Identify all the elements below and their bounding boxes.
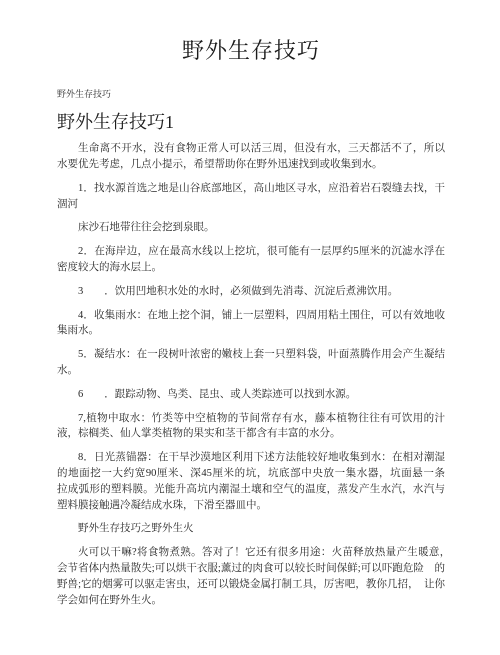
fire-paragraph: 火可以干嘛?将食物煮熟。答对了！它还有很多用途：火苗释放热量产生暖意， 会节省体… [57,545,445,608]
fire-subheading: 野外生存技巧之野外生火 [57,521,445,537]
document-title: 野外生存技巧 [57,38,445,63]
tip-paragraph-2: 2．在海岸边，应在最高水线以上挖坑，很可能有一层厚约5厘米的沉滤水浮在 密度较大… [57,244,445,276]
tip-paragraph-4: 4．收集雨水：在地上挖个洞，铺上一层塑料，四周用粘土围住，可以有效地收 集雨水。 [57,308,445,340]
document-content: 野外生存技巧 野外生存技巧 野外生存技巧1 生命离不开水，没有食物正常人可以活三… [0,0,500,608]
document-meta-line: 野外生存技巧 [57,88,445,100]
tip-paragraph-6: 6 ．跟踪动物、鸟类、昆虫、或人类踪迹可以找到水源。 [57,387,445,403]
tip-paragraph-1: 1．找水源首选之地是山谷底部地区，高山地区寻水，应沿着岩石裂缝去找，干 涸河 [57,181,445,213]
section-heading-1: 野外生存技巧1 [57,112,445,133]
tip-paragraph-8: 8．日光蒸锚器：在干旱沙漠地区利用下述方法能较好地收集到水：在相对潮湿 的地面挖… [57,450,445,513]
document-body: 生命离不开水，没有食物正常人可以活三周，但没有水，三天都活不了，所以 水要优先考… [57,141,445,608]
intro-paragraph: 生命离不开水，没有食物正常人可以活三周，但没有水，三天都活不了，所以 水要优先考… [57,141,445,173]
tip-paragraph-3: 3 ．饮用凹地积水处的水时，必须做到先消毒、沉淀后煮沸饮用。 [57,284,445,300]
tip-paragraph-7: 7,植物中取水：竹类等中空植物的节间常存有水，藤本植物往往有可饮用的汁 液，棕榈… [57,411,445,443]
tip-paragraph-5: 5．凝结水：在一段树叶浓密的嫩枝上套一只塑料袋，叶面蒸腾作用会产生凝结 水。 [57,347,445,379]
document-page: 野外生存技巧 野外生存技巧 野外生存技巧1 生命离不开水，没有食物正常人可以活三… [0,0,500,655]
tip-paragraph-1-cont: 床沙石地带往往会挖到泉眼。 [57,220,445,236]
